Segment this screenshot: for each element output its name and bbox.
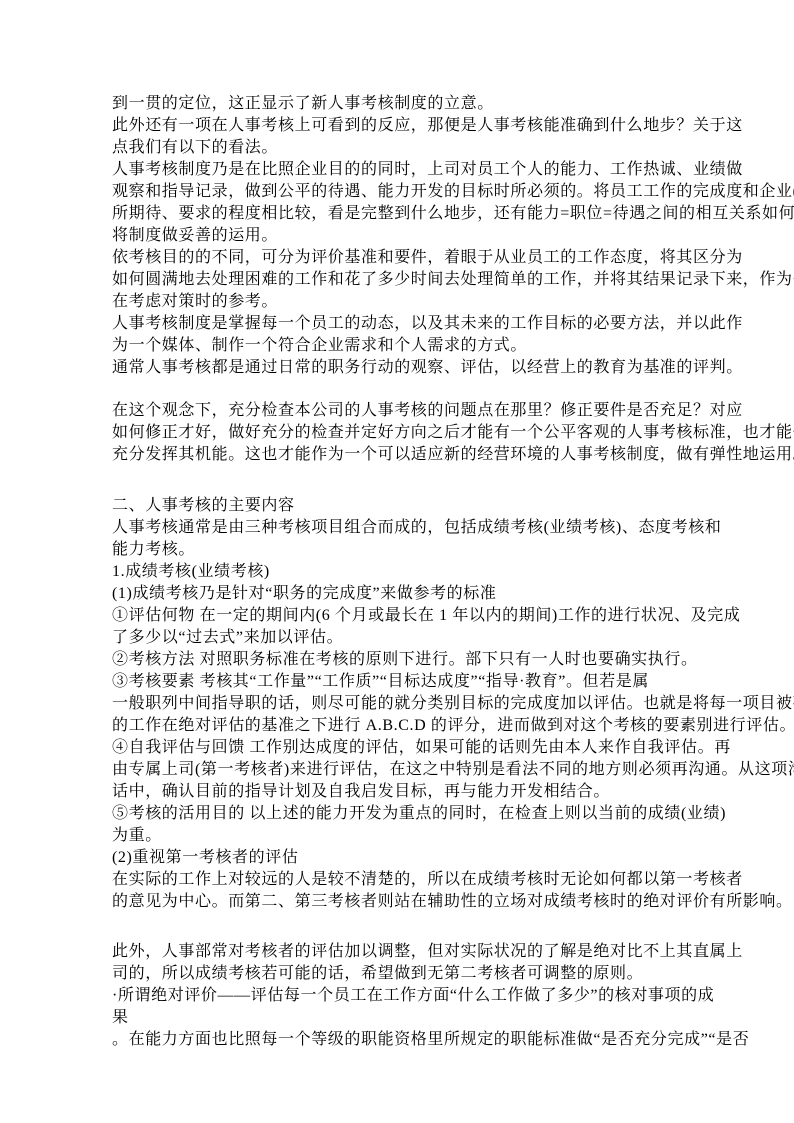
blank-line xyxy=(112,913,737,941)
text-line: 在这个观念下，充分检查本公司的人事考核的问题点在那里？修正要件是否充足？对应 xyxy=(112,400,737,422)
list-item-heading: (2)重视第一考核者的评估 xyxy=(112,847,737,869)
list-item: ⑤考核的活用目的 以上述的能力开发为重点的同时，在检查上则以当前的成绩(业绩) xyxy=(112,803,737,825)
text-line: 为一个媒体、制作一个符合企业需求和个人需求的方式。 xyxy=(112,335,737,357)
text-line: 人事考核制度乃是在比照企业目的的同时，上司对员工个人的能力、工作热诚、业绩做 xyxy=(112,159,737,181)
list-item-heading: (1)成绩考核乃是针对“职务的完成度”来做参考的标准 xyxy=(112,583,737,605)
text-line: 由专属上司(第一考核者)来进行评估，在这之中特别是看法不同的地方则必须再沟通。从… xyxy=(112,759,737,781)
text-line: 能力考核。 xyxy=(112,539,737,561)
blank-line xyxy=(112,379,737,400)
document-page: 到一贯的定位，这正显示了新人事考核制度的立意。 此外还有一项在人事考核上可看到的… xyxy=(0,0,794,1123)
section-heading: 二、人事考核的主要内容 xyxy=(112,495,737,517)
list-item: ③考核要素 考核其“工作量”“工作质”“目标达成度”“指导·教育”。但若是属 xyxy=(112,671,737,693)
text-line: 了多少以“过去式”来加以评估。 xyxy=(112,627,737,649)
text-line: 司的，所以成绩考核若可能的话，希望做到无第二考核者可调整的原则。 xyxy=(112,963,737,985)
text-line: 此外还有一项在人事考核上可看到的反应，那便是人事考核能准确到什么地步？关于这 xyxy=(112,115,737,137)
text-line: 人事考核通常是由三种考核项目组合而成的，包括成绩考核(业绩考核)、态度考核和 xyxy=(112,517,737,539)
text-line: 果 xyxy=(112,1007,737,1029)
text-line: 在考虑对策时的参考。 xyxy=(112,291,737,313)
text-line: 为重。 xyxy=(112,825,737,847)
text-line: 将制度做妥善的运用。 xyxy=(112,225,737,247)
document-body: 到一贯的定位，这正显示了新人事考核制度的立意。 此外还有一项在人事考核上可看到的… xyxy=(112,93,737,1051)
text-line: 点我们有以下的看法。 xyxy=(112,137,737,159)
text-line: 一般职列中间指导职的话，则尽可能的就分类别目标的完成度加以评估。也就是将每一项目… xyxy=(112,693,737,715)
text-line: 此外，人事部常对考核者的评估加以调整，但对实际状况的了解是绝对比不上其直属上 xyxy=(112,941,737,963)
text-line: 。在能力方面也比照每一个等级的职能资格里所规定的职能标准做“是否充分完成”“是否 xyxy=(112,1029,737,1051)
text-line: 在实际的工作上对较远的人是较不清楚的，所以在成绩考核时无论如何都以第一考核者 xyxy=(112,869,737,891)
text-line: 如何修正才好，做好充分的检查并定好方向之后才能有一个公平客观的人事考核标准，也才… xyxy=(112,422,737,444)
text-line: 观察和指导记录，做到公平的待遇、能力开发的目标时所必须的。将员工工作的完成度和企… xyxy=(112,181,737,203)
list-item: ④自我评估与回馈 工作别达成度的评估，如果可能的话则先由本人来作自我评估。再 xyxy=(112,737,737,759)
text-line: 所期待、要求的程度相比较，看是完整到什么地步，还有能力=职位=待遇之间的相互关系… xyxy=(112,203,737,225)
text-line: 到一贯的定位，这正显示了新人事考核制度的立意。 xyxy=(112,93,737,115)
text-line: 的工作在绝对评估的基准之下进行 A.B.C.D 的评分，进而做到对这个考核的要素… xyxy=(112,715,737,737)
list-item-heading: 1.成绩考核(业绩考核) xyxy=(112,561,737,583)
text-line: 如何圆满地去处理困难的工作和花了多少时间去处理简单的工作，并将其结果记录下来，作… xyxy=(112,269,737,291)
text-line: 的意见为中心。而第二、第三考核者则站在辅助性的立场对成绩考核时的绝对评价有所影响… xyxy=(112,891,737,913)
text-line: ·所谓绝对评价——评估每一个员工在工作方面“什么工作做了多少”的核对事项的成 xyxy=(112,985,737,1007)
text-line: 话中，确认目前的指导计划及自我启发目标，再与能力开发相结合。 xyxy=(112,781,737,803)
list-item: ②考核方法 对照职务标准在考核的原则下进行。部下只有一人时也要确实执行。 xyxy=(112,649,737,671)
text-line: 充分发挥其机能。这也才能作为一个可以适应新的经营环境的人事考核制度，做有弹性地运… xyxy=(112,444,737,466)
text-line: 人事考核制度是掌握每一个员工的动态，以及其未来的工作目标的必要方法，并以此作 xyxy=(112,313,737,335)
blank-line xyxy=(112,466,737,495)
text-line: 通常人事考核都是通过日常的职务行动的观察、评估，以经营上的教育为基准的评判。 xyxy=(112,357,737,379)
text-line: 依考核目的的不同，可分为评价基准和要件，着眼于从业员工的工作态度，将其区分为 xyxy=(112,247,737,269)
list-item: ①评估何物 在一定的期间内(6 个月或最长在 1 年以内的期间)工作的进行状况、… xyxy=(112,605,737,627)
